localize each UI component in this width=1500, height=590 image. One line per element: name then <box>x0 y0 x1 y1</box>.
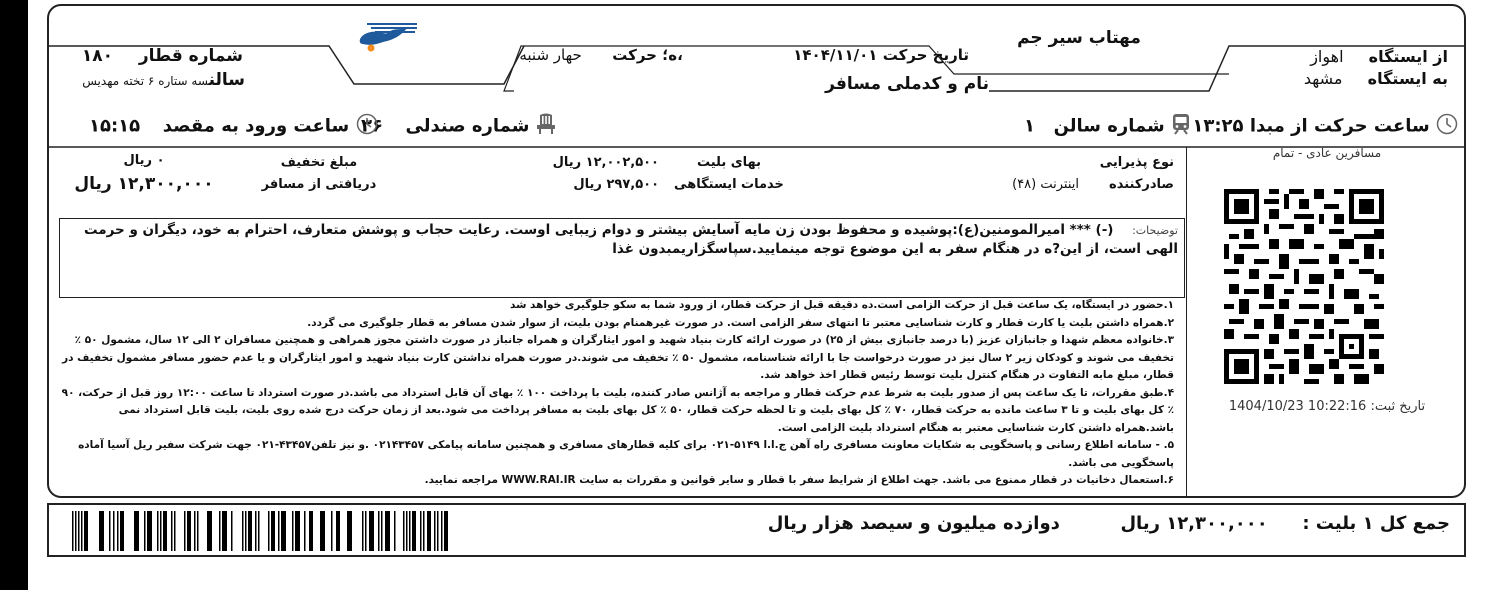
from-value: اهواز <box>1310 47 1343 66</box>
departure-day-value: حهار شنبه <box>519 46 581 64</box>
description-line-1: (-) *** امیرالمومنین(ع):پوشیده و محفوظ ب… <box>84 222 1114 238</box>
pricing-labels-right: نوع پذیرایی صادرکننده <box>1084 152 1174 196</box>
total-value: ۱۲,۳۰۰,۰۰۰ ریال <box>1120 513 1267 534</box>
acceptance-type-label: نوع پذیرایی <box>1084 152 1174 174</box>
panel-divider <box>1186 147 1187 498</box>
train-ticket: مهتاب سیر جم از ایستگاه اهواز به ایستگاه… <box>47 4 1466 498</box>
clock-icon <box>356 113 378 140</box>
arrival-time-value: ۱۵:۱۵ <box>89 116 140 137</box>
received-value: ۱۲,۳۰۰,۰۰۰ ریال <box>69 172 219 196</box>
pricing-labels-middle: بهای بلیت خدمات ایستگاهی <box>669 152 789 196</box>
barcode <box>72 511 450 551</box>
departure-time-label: ساعت حرکت از مبدا <box>1250 116 1430 137</box>
coach-label: شماره سالن <box>1054 116 1165 137</box>
operator-logo <box>349 18 421 54</box>
description-label: توضیحات: <box>1132 224 1178 237</box>
issue-date-label: تاریخ ثبت: <box>1370 399 1425 414</box>
discount-value: ۰ ریال <box>69 150 219 172</box>
seat-label: شماره صندلی <box>406 116 530 137</box>
departure-time-value: ۱۳:۲۵ <box>1192 116 1243 137</box>
departure-date-value: ۱۴۰۴/۱۱/۰۱ <box>793 46 877 64</box>
departure-time-row: ساعت حرکت از مبدا ۱۳:۲۵ <box>1192 113 1458 140</box>
ticket-price-label: بهای بلیت <box>669 152 789 174</box>
departure-date-label: تاریخ حرکت <box>883 46 969 64</box>
total-row: جمع کل ۱ بلیت : ۱۲,۳۰۰,۰۰۰ ریال دوازده م… <box>768 513 1450 534</box>
route-block: از ایستگاه اهواز به ایستگاه مشهد <box>1228 46 1448 90</box>
description-box: توضیحات: (-) *** امیرالمومنین(ع):پوشیده … <box>59 218 1185 298</box>
arrival-time-label: ساعت ورود به مقصد <box>163 116 350 137</box>
rule-item: ۵. - سامانه اطلاع رسانی و پاسخگویی به شک… <box>57 437 1174 472</box>
hall-label: سالن <box>209 70 245 90</box>
screen-edge-strip <box>0 0 28 590</box>
from-label: از ایستگاه <box>1369 47 1448 66</box>
to-station: به ایستگاه مشهد <box>1228 68 1448 90</box>
issue-date-value: 1404/10/23 10:22:16 <box>1229 399 1366 414</box>
hall-value: سه ستاره ۶ تخته مهدیس <box>82 74 208 88</box>
rule-item: ۲.همراه داشتن بلیت یا کارت قطار و کارت ش… <box>57 315 1174 333</box>
qr-code <box>1224 189 1384 388</box>
station-services-value: ۲۹۷,۵۰۰ ریال <box>529 174 659 196</box>
issuer-value: اینترنت (۴۸) <box>969 174 1079 196</box>
departure-date-row: تاریخ حرکت ۱۴۰۴/۱۱/۰۱ ،ه؛ حرکت حهار شنبه <box>529 46 969 64</box>
description-line-2: الهی است، از این?ه در هنگام سفر به این م… <box>66 240 1178 259</box>
train-icon <box>1171 113 1191 140</box>
total-label: جمع کل ۱ بلیت : <box>1302 513 1450 534</box>
rule-item: ۴.طبق مقررات، تا یک ساعت پس از صدور بلیت… <box>57 385 1174 438</box>
rule-item: ۱.حضور در ایستگاه، یک ساعت قبل از حرکت ا… <box>57 297 1174 315</box>
terms-and-rules: ۱.حضور در ایستگاه، یک ساعت قبل از حرکت ا… <box>57 297 1174 490</box>
operator-name: مهتاب سیر جم <box>1009 28 1149 48</box>
received-label: دریافتی از مسافر <box>259 174 379 196</box>
pricing-values-middle: ۱۲,۰۰۲,۵۰۰ ریال ۲۹۷,۵۰۰ ریال <box>529 152 659 196</box>
train-number-row: شماره قطار ۱۸۰ <box>73 46 243 66</box>
train-number-label: شماره قطار <box>139 46 243 66</box>
rule-item: ۶.استعمال دخانیات در قطار ممنوع می باشد.… <box>57 472 1174 490</box>
pricing-values-left: ۰ ریال ۱۲,۳۰۰,۰۰۰ ریال <box>69 150 219 196</box>
coach-number-row: شماره سالن ۱ <box>1024 113 1191 140</box>
clock-icon <box>1436 113 1458 140</box>
from-station: از ایستگاه اهواز <box>1228 46 1448 68</box>
issue-date-row: تاریخ ثبت: 1404/10/23 10:22:16 <box>1189 399 1465 414</box>
to-label: به ایستگاه <box>1368 69 1448 88</box>
hall-row: سالنسه ستاره ۶ تخته مهدیس <box>69 70 245 90</box>
ticket-price-value: ۱۲,۰۰۲,۵۰۰ ریال <box>529 152 659 174</box>
issuer-label: صادرکننده <box>1084 174 1174 196</box>
discount-label: مبلغ تخفیف <box>259 152 379 174</box>
to-value: مشهد <box>1304 69 1343 88</box>
rule-item: ۳.خانواده معظم شهدا و جانبازان عزیز (با … <box>57 332 1174 385</box>
train-number-value: ۱۸۰ <box>82 46 113 66</box>
seat-number-row: شماره صندلی ۳۶ <box>361 113 556 140</box>
total-in-words: دوازده میلیون و سیصد هزار ریال <box>768 513 1060 534</box>
station-services-label: خدمات ایستگاهی <box>669 174 789 196</box>
departure-day-label: ،ه؛ حرکت <box>612 46 683 64</box>
seat-icon <box>536 113 556 140</box>
ticket-total-footer: جمع کل ۱ بلیت : ۱۲,۳۰۰,۰۰۰ ریال دوازده م… <box>47 503 1466 557</box>
coach-value: ۱ <box>1024 116 1035 137</box>
passenger-type: مسافرین عادی - تمام <box>1189 146 1465 160</box>
passenger-name-label: نام و کدملی مسافر <box>809 74 989 94</box>
arrival-time-row: ساعت ورود به مقصد ۱۵:۱۵ <box>89 113 378 140</box>
pricing-labels-left: مبلغ تخفیف دریافتی از مسافر <box>259 152 379 196</box>
